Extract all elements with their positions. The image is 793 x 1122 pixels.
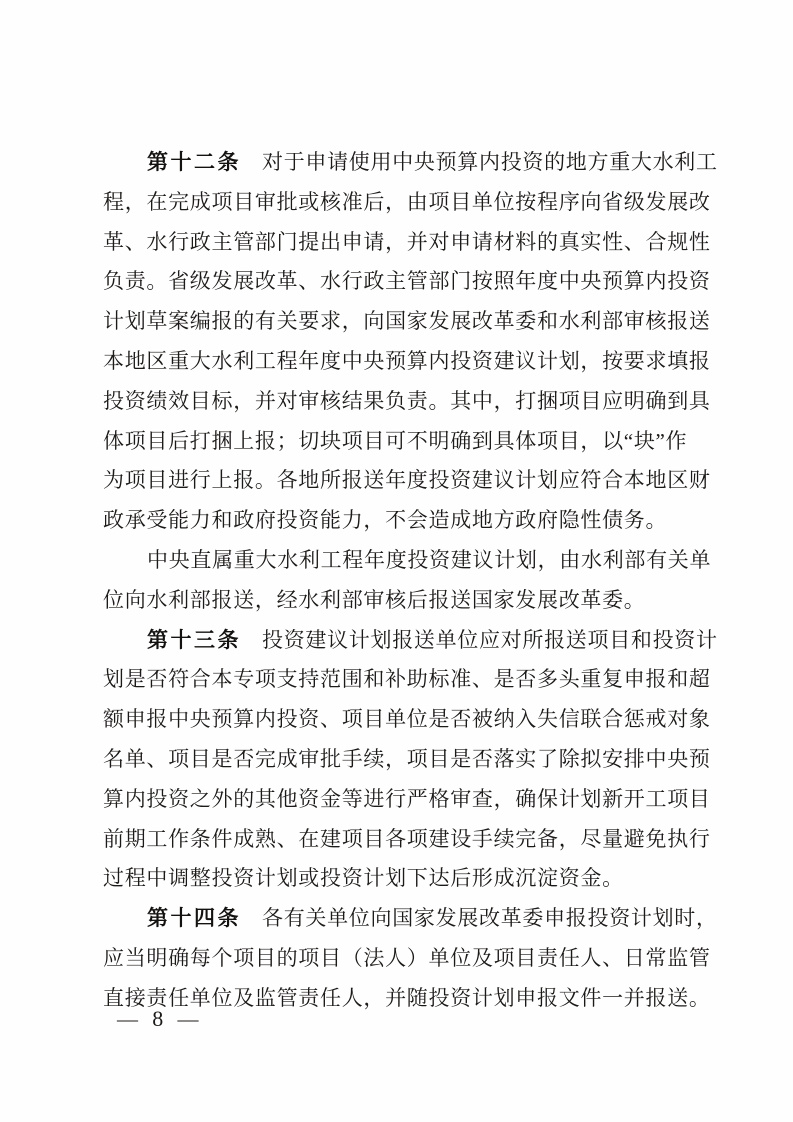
line-text: 对于申请使用中央预算内投资的地方重大水利工	[262, 150, 718, 174]
text-line: 应当明确每个项目的项目（法人）单位及项目责任人、日常监管	[103, 939, 723, 979]
line-text: 投资建议计划报送单位应对所报送项目和投资计	[262, 628, 718, 652]
line-text: 政承受能力和政府投资能力，不会造成地方政府隐性债务。	[103, 508, 667, 532]
line-text: 划是否符合本专项支持范围和补助标准、是否多头重复申报和超	[103, 667, 711, 691]
text-line: 过程中调整投资计划或投资计划下达后形成沉淀资金。	[103, 859, 723, 899]
line-text: 算内投资之外的其他资金等进行严格审查，确保计划新开工项目	[103, 787, 711, 811]
line-text: 应当明确每个项目的项目（法人）单位及项目责任人、日常监管	[103, 946, 711, 970]
article-heading: 第十四条	[147, 906, 241, 930]
line-text: 负责。省级发展改革、水行政主管部门按照年度中央预算内投资	[103, 269, 711, 293]
text-line: 中央直属重大水利工程年度投资建议计划，由水利部有关单	[103, 541, 723, 581]
line-text: 投资绩效目标，并对审核结果负责。其中，打捆项目应明确到具	[103, 389, 711, 413]
text-line: 额申报中央预算内投资、项目单位是否被纳入失信联合惩戒对象	[103, 700, 723, 740]
article-heading: 第十二条	[147, 150, 241, 174]
line-text: 革、水行政主管部门提出申请，并对申请材料的真实性、合规性	[103, 230, 711, 254]
line-text: 程，在完成项目审批或核准后，由项目单位按程序向省级发展改	[103, 190, 711, 214]
line-text: 本地区重大水利工程年度中央预算内投资建议计划，按要求填报	[103, 349, 711, 373]
text-line: 程，在完成项目审批或核准后，由项目单位按程序向省级发展改	[103, 183, 723, 223]
text-line: 本地区重大水利工程年度中央预算内投资建议计划，按要求填报	[103, 342, 723, 382]
text-line: 负责。省级发展改革、水行政主管部门按照年度中央预算内投资	[103, 262, 723, 302]
line-text: 计划草案编报的有关要求，向国家发展改革委和水利部审核报送	[103, 309, 711, 333]
line-text: 各有关单位向国家发展改革委申报投资计划时，	[262, 906, 718, 930]
line-text: 为项目进行上报。各地所报送年度投资建议计划应符合本地区财	[103, 468, 711, 492]
text-line: 名单、项目是否完成审批手续，项目是否落实了除拟安排中央预	[103, 740, 723, 780]
text-line: 第十三条投资建议计划报送单位应对所报送项目和投资计	[103, 621, 723, 661]
article-heading: 第十三条	[147, 628, 241, 652]
line-text: 名单、项目是否完成审批手续，项目是否落实了除拟安排中央预	[103, 747, 711, 771]
document-body: 第十二条对于申请使用中央预算内投资的地方重大水利工程，在完成项目审批或核准后，由…	[103, 143, 723, 1019]
text-line: 体项目后打捆上报；切块项目可不明确到具体项目，以“块”作	[103, 422, 723, 462]
line-text: 中央直属重大水利工程年度投资建议计划，由水利部有关单	[147, 548, 711, 572]
text-line: 位向水利部报送，经水利部审核后报送国家发展改革委。	[103, 581, 723, 621]
text-line: 第十二条对于申请使用中央预算内投资的地方重大水利工	[103, 143, 723, 183]
text-line: 投资绩效目标，并对审核结果负责。其中，打捆项目应明确到具	[103, 382, 723, 422]
text-line: 计划草案编报的有关要求，向国家发展改革委和水利部审核报送	[103, 302, 723, 342]
document-page: 第十二条对于申请使用中央预算内投资的地方重大水利工程，在完成项目审批或核准后，由…	[0, 0, 793, 1122]
footer-right-dash: —	[178, 1007, 199, 1032]
text-line: 第十四条各有关单位向国家发展改革委申报投资计划时，	[103, 899, 723, 939]
text-line: 政承受能力和政府投资能力，不会造成地方政府隐性债务。	[103, 501, 723, 541]
line-text: 位向水利部报送，经水利部审核后报送国家发展改革委。	[103, 588, 646, 612]
line-text: 额申报中央预算内投资、项目单位是否被纳入失信联合惩戒对象	[103, 707, 711, 731]
page-number: 8	[152, 1006, 163, 1032]
line-text: 前期工作条件成熟、在建项目各项建设手续完备，尽量避免执行	[103, 827, 711, 851]
footer-left-dash: —	[117, 1007, 138, 1032]
text-line: 算内投资之外的其他资金等进行严格审查，确保计划新开工项目	[103, 780, 723, 820]
text-line: 划是否符合本专项支持范围和补助标准、是否多头重复申报和超	[103, 660, 723, 700]
text-line: 革、水行政主管部门提出申请，并对申请材料的真实性、合规性	[103, 223, 723, 263]
page-footer: — 8 —	[117, 1006, 199, 1032]
line-text: 体项目后打捆上报；切块项目可不明确到具体项目，以“块”作	[103, 429, 687, 453]
line-text: 过程中调整投资计划或投资计划下达后形成沉淀资金。	[103, 866, 624, 890]
text-line: 前期工作条件成熟、在建项目各项建设手续完备，尽量避免执行	[103, 820, 723, 860]
text-line: 为项目进行上报。各地所报送年度投资建议计划应符合本地区财	[103, 461, 723, 501]
